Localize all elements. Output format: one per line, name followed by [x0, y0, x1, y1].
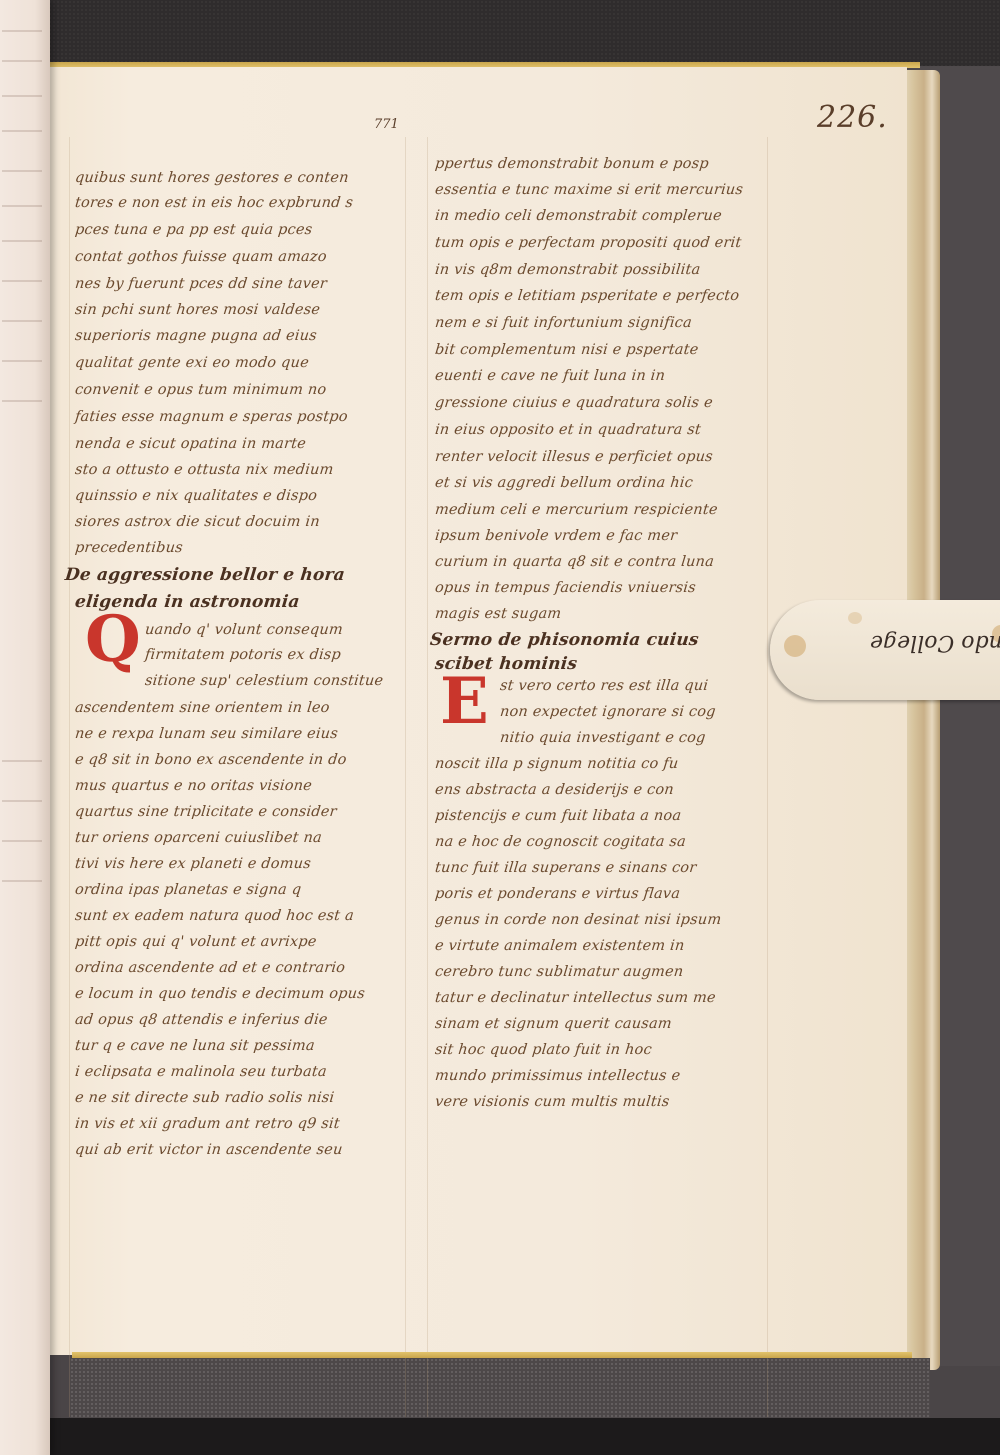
text-line: non expectet ignorare si cog: [499, 704, 716, 720]
text-line: na e hoc de cognoscit cogitata sa: [434, 834, 687, 850]
text-line: curium in quarta q8 sit e contra luna: [434, 554, 715, 570]
text-line: sit hoc quod plato fuit in hoc: [434, 1042, 653, 1058]
text-line: e locum in quo tendis e decimum opus: [74, 986, 366, 1002]
folio-number: 226.: [817, 100, 888, 135]
rubricated-initial: Q: [85, 608, 141, 672]
text-line: nes by fuerunt pces dd sine taver: [74, 276, 328, 292]
text-line: e q8 sit in bono ex ascendente in do: [74, 752, 347, 768]
text-line: euenti e cave ne fuit luna in in: [434, 368, 666, 384]
section-heading: Sermo de phisonomia cuius: [429, 630, 700, 650]
text-line: firmitatem potoris ex disp: [144, 647, 342, 663]
text-line: in medio celi demonstrabit complerue: [434, 208, 722, 224]
text-line: siores astrox die sicut docuim in: [74, 514, 321, 530]
text-line: in vis q8m demonstrabit possibilita: [434, 262, 701, 278]
text-line: bit complementum nisi e pspertate: [434, 342, 699, 358]
text-line: gressione ciuius e quadratura solis e: [434, 395, 714, 411]
text-line: sto a ottusto e ottusta nix medium: [74, 462, 334, 478]
text-line: uando q' volunt consequm: [144, 622, 344, 638]
text-line: ppertus demonstrabit bonum e posp: [434, 156, 709, 172]
text-line: quartus sine triplicitate e consider: [74, 804, 337, 820]
background-bottom: [0, 1418, 1000, 1455]
ruling-line: [69, 137, 70, 1417]
text-line: sin pchi sunt hores mosi valdese: [74, 302, 321, 318]
text-line: pitt opis qui q' volunt et avrixpe: [74, 934, 317, 950]
text-line: opus in tempus faciendis vniuersis: [434, 580, 696, 596]
text-line: qui ab erit victor in ascendente seu: [74, 1142, 343, 1158]
text-line: ipsum benivole vrdem e fac mer: [434, 528, 678, 544]
text-line: ordina ascendente ad et e contrario: [74, 960, 346, 976]
text-line: pistencijs e cum fuit libata a noa: [434, 808, 682, 824]
text-line: mus quartus e no oritas visione: [74, 778, 313, 794]
text-line: pces tuna e pa pp est quia pces: [74, 222, 313, 238]
text-line: noscit illa p signum notitia co fu: [434, 756, 679, 772]
text-line: contat gothos fuisse quam amazo: [74, 249, 327, 265]
text-line: e ne sit directe sub radio solis nisi: [74, 1090, 335, 1106]
text-line: tatur e declinatur intellectus sum me: [434, 990, 716, 1006]
stain: [784, 635, 806, 657]
text-line: ens abstracta a desiderijs e con: [434, 782, 675, 798]
text-line: in vis et xii gradum ant retro q9 sit: [74, 1116, 341, 1132]
library-bookmark-slip: ndo College: [770, 600, 1000, 700]
foam-support-top: [40, 0, 1000, 66]
gilt-edge-bottom: [72, 1352, 912, 1358]
text-line: tivi vis here ex planeti e domus: [74, 856, 312, 872]
text-line: nenda e sicut opatina in marte: [74, 436, 307, 452]
text-line: vere visionis cum multis multis: [434, 1094, 670, 1110]
text-line: precedentibus: [74, 540, 184, 556]
text-line: poris et ponderans e virtus flava: [434, 886, 681, 902]
text-line: nem e si fuit infortunium significa: [434, 315, 693, 331]
text-line: mundo primissimus intellectus e: [434, 1068, 681, 1084]
stain: [848, 612, 862, 624]
text-line: nitio quia investigant e cog: [499, 730, 706, 746]
text-line: faties esse magnum e speras postpo: [74, 409, 348, 425]
text-line: essentia e tunc maxime si erit mercurius: [434, 182, 744, 198]
text-line: st vero certo res est illa qui: [499, 678, 709, 694]
text-line: quinssio e nix qualitates e dispo: [74, 488, 318, 504]
section-heading: De aggressione bellor e hora: [64, 565, 346, 585]
text-line: magis est sugam: [434, 606, 562, 622]
rubricated-initial: E: [440, 670, 489, 734]
text-line: ad opus q8 attendis e inferius die: [74, 1012, 328, 1028]
text-line: et si vis aggredi bellum ordina hic: [434, 475, 694, 491]
text-line: ascendentem sine orientem in leo: [74, 700, 330, 716]
text-line: sunt ex eadem natura quod hoc est a: [74, 908, 355, 924]
text-line: superioris magne pugna ad eius: [74, 328, 317, 344]
text-line: tores e non est in eis hoc expbrund s: [74, 195, 354, 211]
text-line: qualitat gente exi eo modo que: [74, 355, 310, 371]
text-line: e virtute animalem existentem in: [434, 938, 685, 954]
running-head: 771: [374, 117, 399, 132]
ruling-line: [405, 137, 406, 1417]
facing-page-edge: [0, 0, 50, 1455]
text-line: tem opis e letitiam psperitate e perfect…: [434, 288, 740, 304]
text-line: cerebro tunc sublimatur augmen: [434, 964, 684, 980]
text-line: tum opis e perfectam propositi quod erit: [434, 235, 742, 251]
text-line: convenit e opus tum minimum no: [74, 382, 327, 398]
text-line: tur q e cave ne luna sit pessima: [74, 1038, 315, 1054]
text-line: in eius opposito et in quadratura st: [434, 422, 702, 438]
bookmark-label: ndo College: [870, 630, 1000, 655]
text-line: tur oriens oparceni cuiuslibet na: [74, 830, 323, 846]
foam-support-bottom: [70, 1358, 930, 1418]
text-line: i eclipsata e malinola seu turbata: [74, 1064, 327, 1080]
text-line: sitione sup' celestium constitue: [144, 673, 384, 689]
ruling-line: [767, 137, 768, 1417]
text-line: renter velocit illesus e perficiet opus: [434, 449, 714, 465]
text-line: sinam et signum querit causam: [434, 1016, 672, 1032]
text-line: genus in corde non desinat nisi ipsum: [434, 912, 722, 928]
text-line: tunc fuit illa superans e sinans cor: [434, 860, 697, 876]
text-line: medium celi e mercurium respiciente: [434, 502, 718, 518]
text-line: ordina ipas planetas e signa q: [74, 882, 302, 898]
ruling-line: [427, 137, 428, 1417]
text-line: ne e rexpa lunam seu similare eius: [74, 726, 339, 742]
text-line: quibus sunt hores gestores e conten: [74, 170, 349, 186]
